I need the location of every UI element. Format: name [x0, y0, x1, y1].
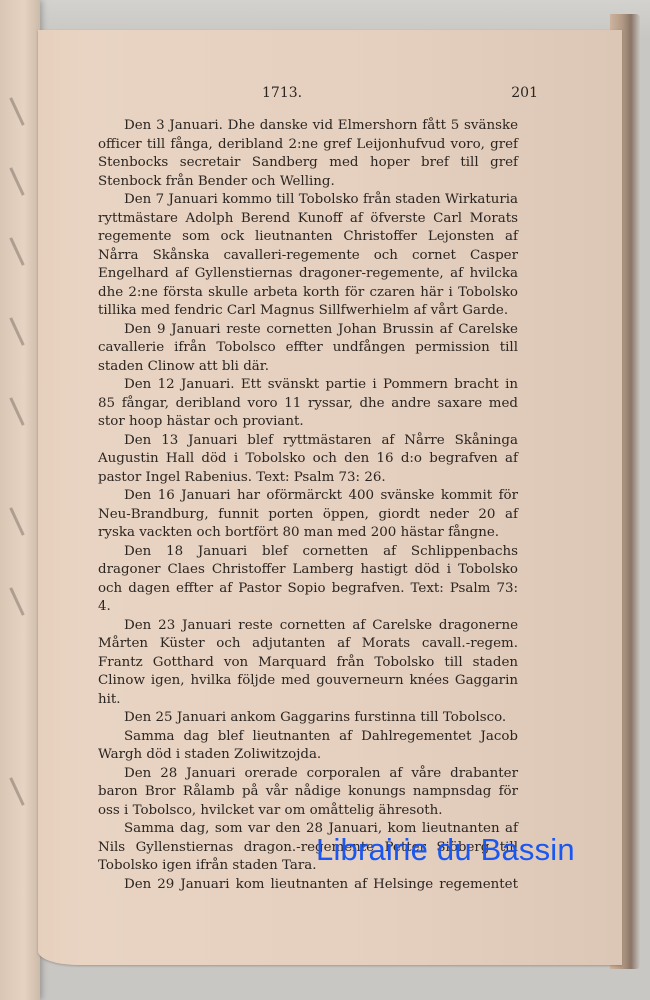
- bleed-through-text: [9, 777, 24, 805]
- paragraph: Den 9 Januari reste cornetten Johan Brus…: [98, 321, 518, 377]
- paragraph: Den 7 Januari kommo till Tobolsko från s…: [98, 191, 518, 321]
- paragraph: Den 3 Januari. Dhe danske vid Elmershorn…: [98, 117, 518, 191]
- paragraph: Den 29 Januari kom lieutnanten af Helsin…: [98, 876, 518, 895]
- watermark: Librairie du Bassin: [316, 832, 575, 868]
- paragraph: Den 23 Januari reste cornetten af Carels…: [98, 617, 518, 710]
- page-number: 201: [511, 85, 538, 101]
- paragraph: Den 25 Januari ankom Gaggarins furstinna…: [98, 709, 518, 728]
- book-page: 1713. 201 Den 3 Januari. Dhe danske vid …: [38, 30, 622, 965]
- paragraph: Den 18 Januari blef cornetten af Schlipp…: [98, 543, 518, 617]
- page-header: 1713. 201: [98, 85, 518, 107]
- bleed-through-text: [9, 97, 24, 125]
- bleed-through-text: [9, 397, 24, 425]
- bleed-through-text: [9, 317, 24, 345]
- paragraph: Den 28 Januari orerade corporalen af vår…: [98, 765, 518, 821]
- facing-left-page: [0, 0, 40, 1000]
- bleed-through-text: [9, 507, 24, 535]
- bleed-through-text: [9, 587, 24, 615]
- body-text: Den 3 Januari. Dhe danske vid Elmershorn…: [98, 117, 518, 894]
- running-head: 1713.: [262, 85, 302, 101]
- paragraph: Den 16 Januari har oförmärckt 400 svänsk…: [98, 487, 518, 543]
- paragraph: Den 12 Januari. Ett svänskt partie i Pom…: [98, 376, 518, 432]
- paragraph: Den 13 Januari blef ryttmästaren af Nårr…: [98, 432, 518, 488]
- bleed-through-text: [9, 167, 24, 195]
- paragraph: Samma dag blef lieutnanten af Dahlregeme…: [98, 728, 518, 765]
- page-content: 1713. 201 Den 3 Januari. Dhe danske vid …: [98, 85, 518, 894]
- bleed-through-text: [9, 237, 24, 265]
